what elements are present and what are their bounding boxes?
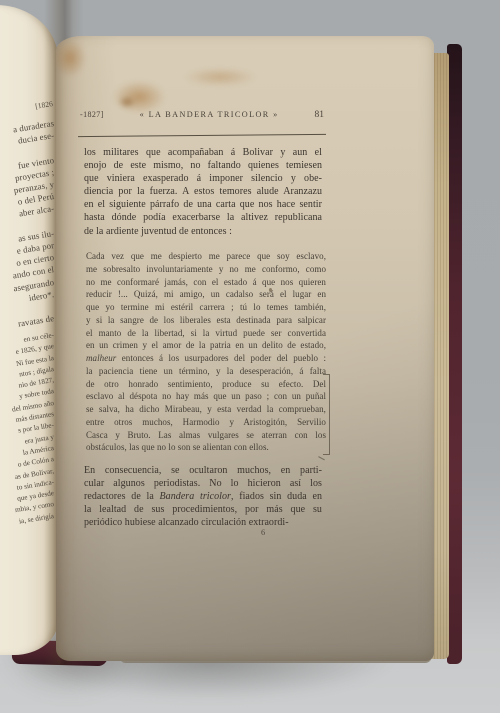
text-line: periódico hubiese alcanzado circulación … [84,516,322,529]
text-line: en un crimen y el amor de la patria en u… [86,339,326,352]
text-line: malheur entonces á los usurpadores del p… [86,352,326,365]
page-number: 81 [315,110,325,120]
signature-mark: 6 [261,528,265,537]
foxing-stain [116,94,138,110]
text-line: redactores de la Bandera tricolor, fiado… [84,490,322,503]
text-line: de la ardiente juventud de entonces : [84,225,322,238]
text-line: reducir !... Quizá, mi amigo, un cadalso… [86,288,326,301]
text-line: obstáculos, las que no lo son se alienta… [86,441,326,454]
text-line: no me conformaré jamás, con el estado á … [86,276,326,289]
paragraph-1: los militares que acompañaban á Bolivar … [84,146,322,238]
text-line: que yo termine mi estéril carrera ; tú l… [86,301,326,314]
foxing-stain [48,32,92,84]
text-line: enojo de este mismo, no faltando quienes… [84,159,322,172]
text-line: cular algunos periodistas. No lo hiciero… [84,477,322,490]
header-running-title: « LA BANDERA TRICOLOR » [140,110,279,119]
page-header: -1827] « LA BANDERA TRICOLOR » 81 [80,110,324,120]
quoted-letter-block: Cada vez que me despierto me parece que … [86,250,326,454]
open-book-photo: [1826 a duraderasducia ese- fue vientopr… [0,0,500,713]
text-line: los militares que acompañaban á Bolivar … [84,146,322,159]
header-year: -1827] [80,110,104,119]
foxing-stain [172,64,268,90]
text-line: se salva, ha dicho Mirabeau, y esta verd… [86,403,326,416]
text-line: Cada vez que me despierto me parece que … [86,250,326,263]
text-line: hasta dónde podía exacerbarse la altivez… [84,211,322,224]
text-line: que viniera exasperado á imponer silenci… [84,172,322,185]
book-cover-edge [447,44,462,664]
header-rule [78,134,326,137]
text-line: entre otros muchos, Harmodio y Aristogit… [86,416,326,429]
text-line: En consecuencia, se ocultaron muchos, en… [84,464,322,477]
text-line: de otro honrado sentimiento, produce su … [86,378,326,391]
text-line: el manto de la libertad, si la virtud pu… [86,327,326,340]
text-line: y si la sangre de los liberales esta des… [86,314,326,327]
text-line: esclavo al déspota no hay más que un pas… [86,390,326,403]
text-line: en el siguiente párrafo de una carta que… [84,198,322,211]
right-page: -1827] « LA BANDERA TRICOLOR » 81 los mi… [56,36,434,661]
text-line: me sobresalto involuntariamente y no me … [86,263,326,276]
text-line: Casca y Bruto. Las almas vulgares se ate… [86,429,326,442]
text-line: diencia por la fuerza. A estos temores a… [84,185,322,198]
text-line: la lealtad de sus procedimientos, por má… [84,503,322,516]
paragraph-2: En consecuencia, se ocultaron muchos, en… [84,464,322,529]
pencil-margin-bracket [323,374,330,455]
text-line: la paciencia tiene un término, y la dese… [86,365,326,378]
